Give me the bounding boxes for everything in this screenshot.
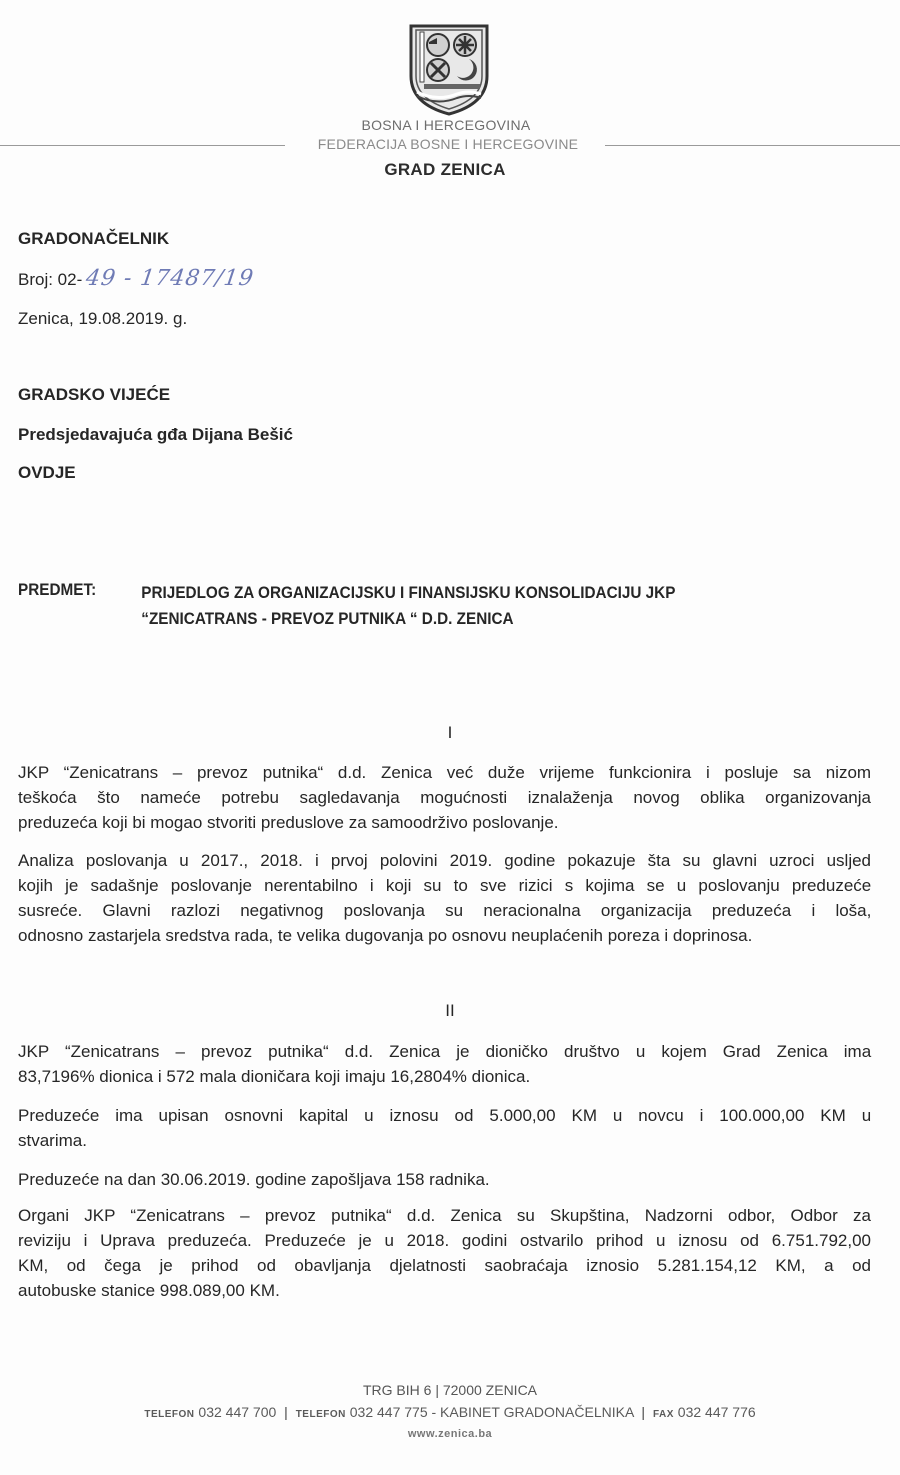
place-date: Zenica, 19.08.2019. g.	[18, 309, 187, 329]
paragraph-line: reviziju i Uprava preduzeća. Preduzeće j…	[18, 1228, 871, 1253]
paragraph-line: KM, od čega je prihod od obavljanja djel…	[18, 1253, 871, 1278]
paragraph-line: stvarima.	[18, 1128, 871, 1153]
paragraph-line: JKP “Zenicatrans – prevoz putnika“ d.d. …	[18, 760, 871, 785]
paragraph-line: preduzeća koji bi mogao stvoriti predusl…	[18, 810, 871, 835]
letterhead-federation: FEDERACIJA BOSNE I HERCEGOVINE	[0, 136, 898, 152]
phone-number: 032 447 700	[198, 1404, 276, 1420]
phone-label: TELEFON	[144, 1409, 194, 1420]
phone-label: TELEFON	[296, 1409, 346, 1420]
phone-number-cabinet: 032 447 775 - KABINET GRADONAČELNIKA	[350, 1404, 634, 1420]
footer-website: www.zenica.ba	[0, 1428, 900, 1440]
paragraph: JKP “Zenicatrans – prevoz putnika“ d.d. …	[18, 1039, 871, 1089]
separator: |	[641, 1404, 645, 1420]
coat-of-arms-icon	[407, 24, 491, 116]
section-numeral: II	[0, 1001, 900, 1021]
recipient-body: GRADSKO VIJEĆE	[18, 385, 170, 405]
paragraph-line: kojih je sadašnje poslovanje nerentabiln…	[18, 873, 871, 898]
paragraph: Analiza poslovanja u 2017., 2018. i prvo…	[18, 848, 871, 948]
fax-number: 032 447 776	[678, 1404, 756, 1420]
fax-label: FAX	[653, 1409, 674, 1420]
subject-label: PREDMET:	[18, 580, 96, 600]
reference-number-label: Broj: 02-	[18, 270, 82, 289]
reference-number: Broj: 02-49 - 17487/19	[18, 266, 254, 291]
paragraph-line: 83,7196% dionica i 572 mala dioničara ko…	[18, 1064, 871, 1089]
letterhead-city: GRAD ZENICA	[0, 160, 895, 180]
section-numeral: I	[0, 723, 900, 743]
paragraph-line: JKP “Zenicatrans – prevoz putnika“ d.d. …	[18, 1039, 871, 1064]
paragraph-line: Organi JKP “Zenicatrans – prevoz putnika…	[18, 1203, 871, 1228]
paragraph-line: Preduzeće ima upisan osnovni kapital u i…	[18, 1103, 871, 1128]
paragraph-line: Analiza poslovanja u 2017., 2018. i prvo…	[18, 848, 871, 873]
paragraph: Organi JKP “Zenicatrans – prevoz putnika…	[18, 1203, 871, 1303]
separator: |	[284, 1404, 288, 1420]
paragraph: Preduzeće ima upisan osnovni kapital u i…	[18, 1103, 871, 1153]
letterhead-divider-right	[605, 145, 900, 146]
paragraph-line: susreće. Glavni razlozi negativnog poslo…	[18, 898, 871, 923]
subject-text: PRIJEDLOG ZA ORGANIZACIJSKU I FINANSIJSK…	[141, 580, 825, 632]
paragraph-line: Preduzeće na dan 30.06.2019. godine zapo…	[18, 1167, 871, 1192]
footer-contacts: TELEFON 032 447 700 | TELEFON 032 447 77…	[0, 1404, 900, 1420]
reference-number-handwritten: 49 - 17487/19	[84, 266, 255, 291]
sender-office: GRADONAČELNIK	[18, 229, 169, 249]
subject-line: “ZENICATRANS - PREVOZ PUTNIKA “ D.D. ZEN…	[141, 606, 825, 632]
paragraph-line: autobuske stanice 998.089,00 KM.	[18, 1278, 871, 1303]
subject-line: PRIJEDLOG ZA ORGANIZACIJSKU I FINANSIJSK…	[141, 580, 825, 606]
paragraph-line: odnosno zastarjela sredstva rada, te vel…	[18, 923, 871, 948]
recipient-location: OVDJE	[18, 463, 76, 483]
paragraph: JKP “Zenicatrans – prevoz putnika“ d.d. …	[18, 760, 871, 835]
paragraph-line: teškoća što nameće potrebu sagledavanja …	[18, 785, 871, 810]
letterhead-country: BOSNA I HERCEGOVINA	[0, 117, 896, 133]
footer-address: TRG BIH 6 | 72000 ZENICA	[0, 1382, 900, 1398]
paragraph: Preduzeće na dan 30.06.2019. godine zapo…	[18, 1167, 871, 1192]
recipient-person: Predsjedavajuća gđa Dijana Bešić	[18, 425, 293, 445]
